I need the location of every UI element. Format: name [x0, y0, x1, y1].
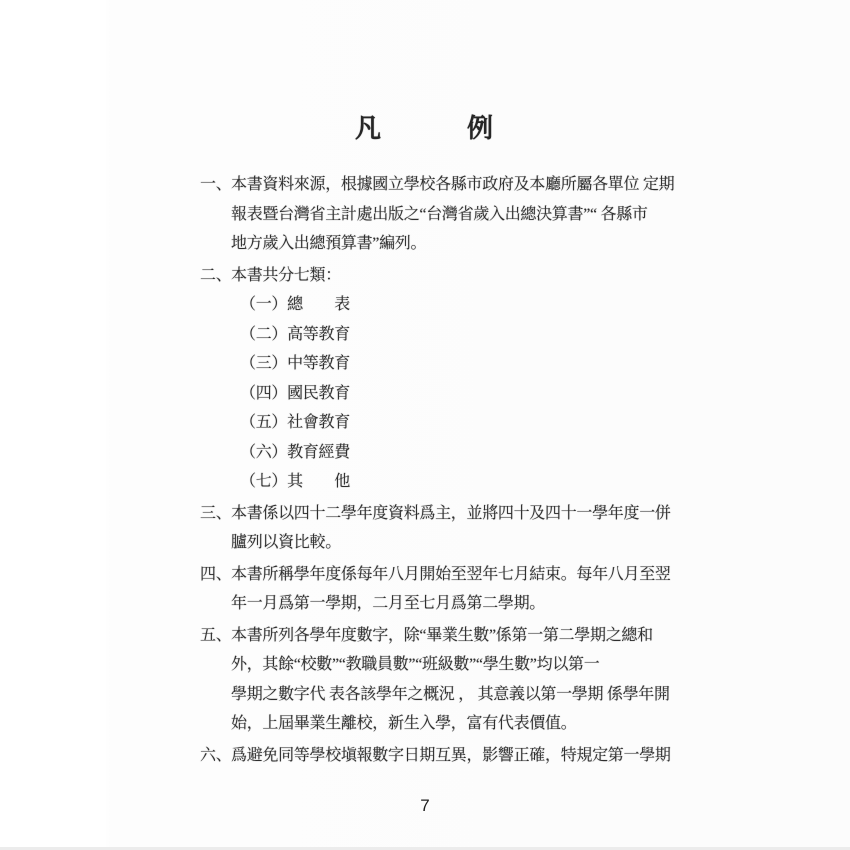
item-marker: 一、: [200, 170, 231, 200]
text-line: 外，其餘“校數”“教職員數”“班級數”“學生數”均以第一: [231, 650, 680, 680]
list-item-1: 一、 本書資料來源，根據國立學校各縣市政府及本廳所屬各單位 定期 報表暨台灣省主…: [200, 170, 680, 259]
sublist-item-7: （七）其 他: [231, 467, 680, 497]
text-line: 本書所列各學年度數字，除“畢業生數”係第一第二學期之總和: [231, 621, 680, 651]
sublist-item-1: （一）總 表: [231, 290, 680, 320]
sublist-item-6: （六）教育經費: [231, 438, 680, 468]
item-marker: 五、: [200, 621, 231, 651]
sublist-item-3: （三）中等教育: [231, 349, 680, 379]
sublist-item-4: （四）國民教育: [231, 379, 680, 409]
text-line: 學期之數字代 表各該學年之概況 ， 其意義以第一學期 係學年開: [231, 680, 680, 710]
list-item-4: 四、 本書所稱學年度係每年八月開始至翌年七月結束。每年八月至翌 年一月爲第一學期…: [200, 560, 680, 619]
item-marker: 六、: [200, 741, 231, 771]
text-line: 年一月爲第一學期，二月至七月爲第二學期。: [231, 589, 680, 619]
sublist-item-2: （二）高等教育: [231, 320, 680, 350]
page-title: 凡 例: [0, 108, 850, 145]
text-line: 臚列以資比較。: [231, 528, 680, 558]
list-item-2: 二、 本書共分七類： （一）總 表 （二）高等教育 （三）中等教育 （四）國民教…: [200, 261, 680, 497]
text-line: 本書係以四十二學年度資料爲主，並將四十及四十一學年度一併: [231, 499, 680, 529]
scanned-page: 凡 例 一、 本書資料來源，根據國立學校各縣市政府及本廳所屬各單位 定期 報表暨…: [0, 0, 850, 850]
page-number: 7: [0, 796, 850, 816]
text-line: 始，上屆畢業生離校，新生入學，富有代表價值。: [231, 709, 680, 739]
list-item-3: 三、 本書係以四十二學年度資料爲主，並將四十及四十一學年度一併 臚列以資比較。: [200, 499, 680, 558]
list-item-5: 五、 本書所列各學年度數字，除“畢業生數”係第一第二學期之總和 外，其餘“校數”…: [200, 621, 680, 739]
sublist-item-5: （五）社會教育: [231, 408, 680, 438]
item-marker: 四、: [200, 560, 231, 590]
list-item-6: 六、 爲避免同等學校塡報數字日期互異，影響正確，特規定第一學期: [200, 741, 680, 771]
text-line: 本書所稱學年度係每年八月開始至翌年七月結束。每年八月至翌: [231, 560, 680, 590]
text-line: 本書資料來源，根據國立學校各縣市政府及本廳所屬各單位 定期: [231, 170, 680, 200]
item-marker: 三、: [200, 499, 231, 529]
text-line: 地方歲入出總預算書”編列。: [231, 229, 680, 259]
item-marker: 二、: [200, 261, 231, 291]
page-content: 一、 本書資料來源，根據國立學校各縣市政府及本廳所屬各單位 定期 報表暨台灣省主…: [200, 170, 680, 770]
text-line: 爲避免同等學校塡報數字日期互異，影響正確，特規定第一學期: [231, 741, 680, 771]
text-line: 報表暨台灣省主計處出版之“台灣省歲入出總決算書”“ 各縣市: [231, 200, 680, 230]
text-line: 本書共分七類：: [231, 261, 680, 291]
